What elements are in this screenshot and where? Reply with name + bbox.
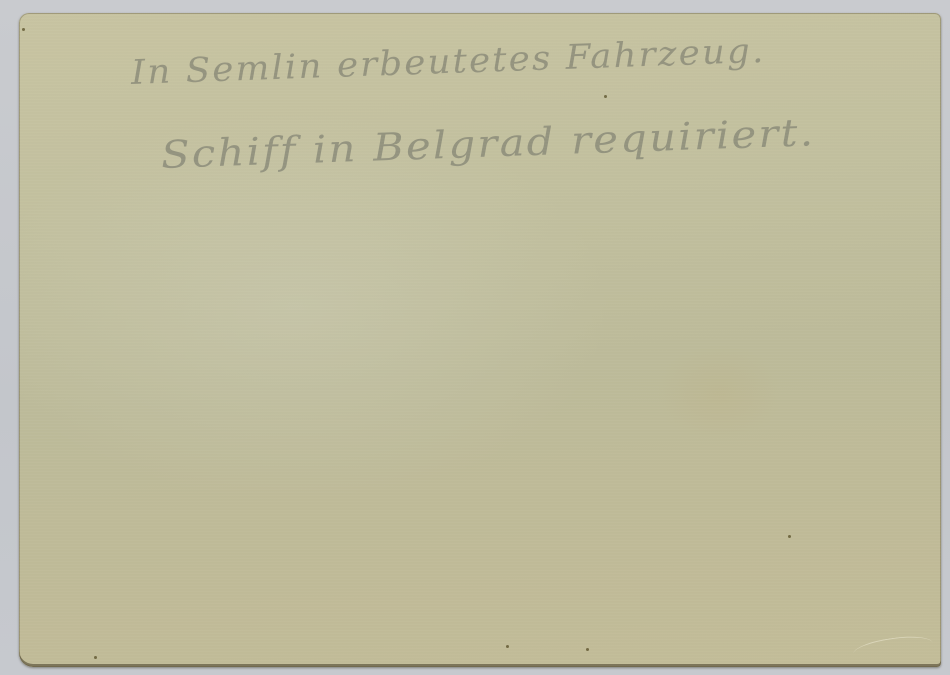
paper-speck [22, 28, 25, 31]
paper-speck [604, 95, 607, 98]
paper-speck [586, 648, 589, 651]
paper-speck [788, 535, 791, 538]
photo-card-back: In Semlin erbeutetes Fahrzeug. Schiff in… [19, 13, 941, 667]
paper-speck [506, 645, 509, 648]
paper-speck [94, 656, 97, 659]
corner-crease [852, 633, 934, 665]
handwritten-line-1: In Semlin erbeutetes Fahrzeug. [130, 31, 766, 93]
handwritten-line-2: Schiff in Belgrad requiriert. [160, 110, 816, 177]
